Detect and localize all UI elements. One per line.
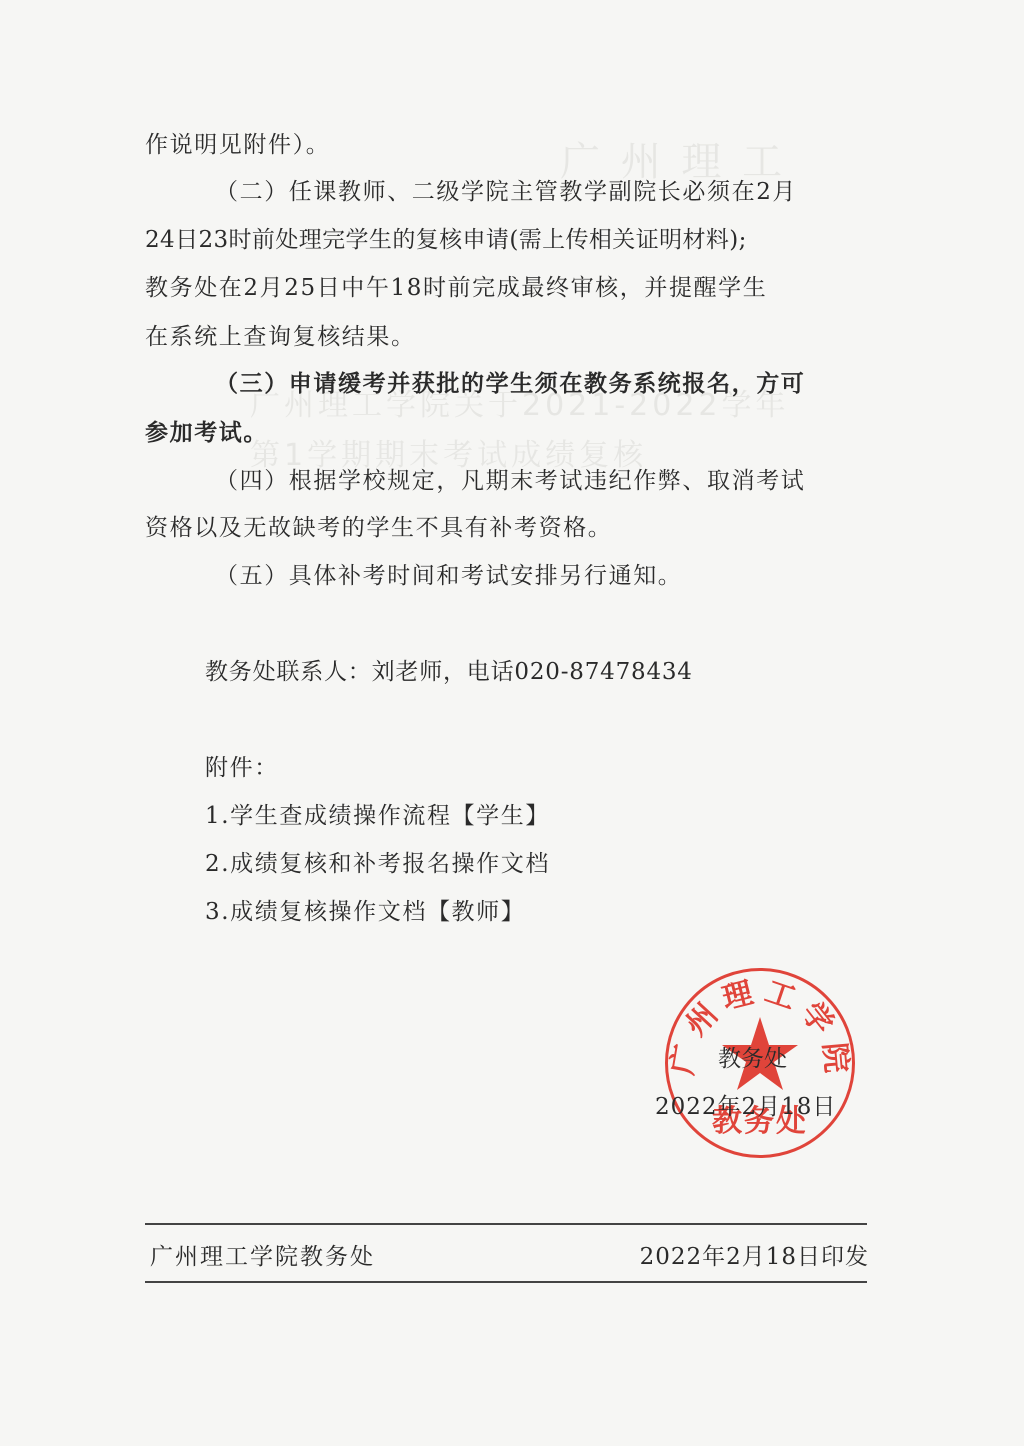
attachments-heading: 附件： [205, 753, 279, 783]
footer-issuer: 广州理工学院教务处 [150, 1238, 375, 1271]
footer-issued-date: 2022年2月18日印发 [640, 1238, 869, 1271]
body-line: 24日23时前处理完学生的复核申请(需上传相关证明材料); [145, 225, 747, 255]
attachment-item[interactable]: 3.成绩复核操作文档【教师】 [205, 897, 525, 927]
body-line: （五）具体补考时间和考试安排另行通知。 [215, 561, 682, 591]
body-line: （三）申请缓考并获批的学生须在教务系统报名，方可 [215, 369, 805, 399]
document-page: 广 州 理 工 广州理工学院关于2021-2022学年 第1学期期末考试成绩复核… [0, 0, 1024, 1446]
body-line: （二）任课教师、二级学院主管教学副院长必须在2月 [215, 177, 797, 207]
signature-date: 2022年2月18日 [655, 1088, 836, 1121]
body-line: 作说明见附件）。 [145, 130, 330, 160]
body-line: 教务处在2月25日中午18时前完成最终审核，并提醒学生 [145, 273, 767, 303]
attachment-item[interactable]: 1.学生查成绩操作流程【学生】 [205, 801, 550, 831]
body-line: 资格以及无故缺考的学生不具有补考资格。 [145, 513, 612, 543]
contact-line: 教务处联系人：刘老师，电话020-87478434 [205, 657, 693, 687]
footer-bottom-rule [145, 1281, 867, 1283]
attachment-item[interactable]: 2.成绩复核和补考报名操作文档 [205, 849, 550, 879]
body-line: 在系统上查询复核结果。 [145, 322, 416, 352]
body-line: 参加考试。 [145, 418, 268, 448]
footer-top-rule [145, 1223, 867, 1225]
body-line: （四）根据学校规定，凡期末考试违纪作弊、取消考试 [215, 466, 805, 496]
signature-office: 教务处 [718, 1040, 787, 1073]
